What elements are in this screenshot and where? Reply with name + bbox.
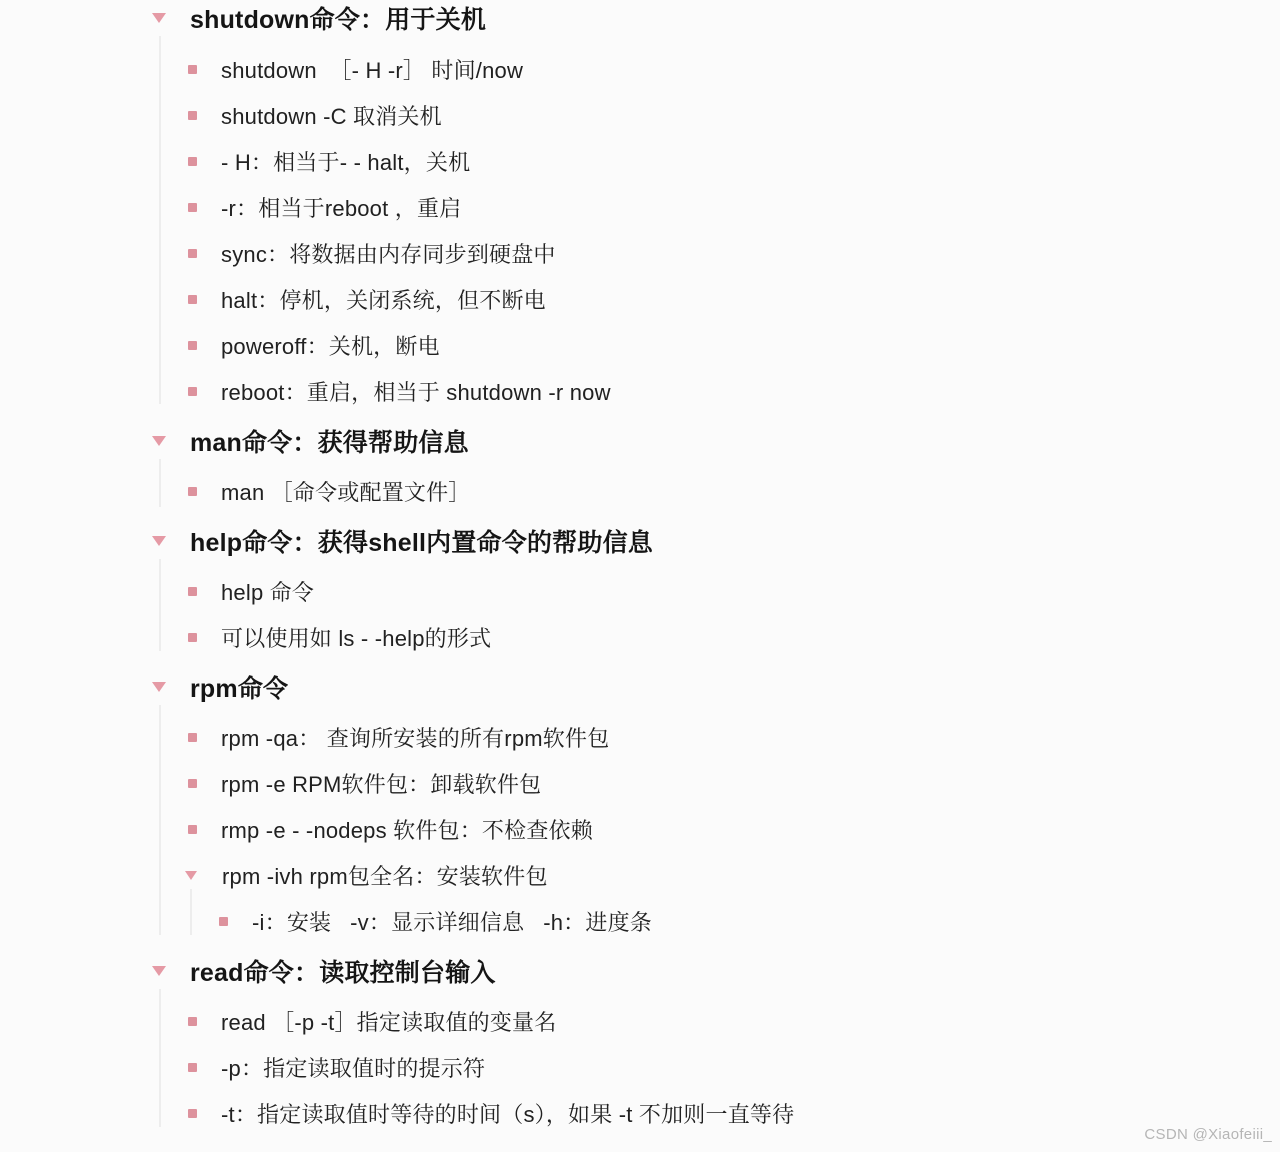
bullet-square-icon [188,1017,197,1026]
outline-item: halt：停机，关闭系统，但不断电 [188,281,546,317]
outline-item: rmp -e - -nodeps 软件包：不检查依赖 [188,811,593,847]
heading-label: read命令：读取控制台输入 [190,953,496,989]
item-label: - H：相当于- - halt，关机 [221,146,470,177]
outline-item: rpm -e RPM软件包：卸载软件包 [188,765,541,801]
tree-guide-line [159,459,161,507]
item-label: shutdown ［- H -r］ 时间/now [221,54,523,85]
item-label: rpm -ivh rpm包全名：安装软件包 [222,860,548,891]
item-label: sync：将数据由内存同步到硬盘中 [221,238,556,269]
outline-item: - H：相当于- - halt，关机 [188,143,470,179]
outline-item: poweroff：关机，断电 [188,327,440,363]
item-label: read ［-p -t］指定读取值的变量名 [221,1006,556,1037]
outline-item: -p：指定读取值时的提示符 [188,1049,485,1085]
item-label: help 命令 [221,576,314,607]
outline-item: read ［-p -t］指定读取值的变量名 [188,1003,556,1039]
outline-document: { "outline": { "sections": [ { "title": … [0,0,1280,1152]
bullet-square-icon [188,825,197,834]
outline-heading-read: read命令：读取控制台输入 [152,953,496,989]
collapse-triangle-icon[interactable] [152,682,166,692]
bullet-square-icon [188,487,197,496]
collapse-triangle-icon[interactable] [185,871,197,880]
bullet-square-icon [188,203,197,212]
heading-label: man命令：获得帮助信息 [190,423,469,459]
bullet-square-icon [188,1063,197,1072]
bullet-square-icon [188,1109,197,1118]
bullet-square-icon [188,111,197,120]
outline-heading-man: man命令：获得帮助信息 [152,423,469,459]
tree-guide-line [190,889,192,935]
item-label: rpm -qa： 查询所安装的所有rpm软件包 [221,722,609,753]
bullet-square-icon [188,733,197,742]
tree-guide-line [159,559,161,651]
outline-item: shutdown -C 取消关机 [188,97,442,133]
bullet-square-icon [188,65,197,74]
heading-label: shutdown命令：用于关机 [190,0,486,36]
item-label: rmp -e - -nodeps 软件包：不检查依赖 [221,814,593,845]
heading-label: help命令：获得shell内置命令的帮助信息 [190,523,653,559]
outline-item-expandable: rpm -ivh rpm包全名：安装软件包 [185,857,548,893]
outline-item: help 命令 [188,573,314,609]
item-label: reboot：重启，相当于 shutdown -r now [221,376,611,407]
bullet-square-icon [188,387,197,396]
item-label: halt：停机，关闭系统，但不断电 [221,284,546,315]
item-label: -p：指定读取值时的提示符 [221,1052,485,1083]
outline-item: reboot：重启，相当于 shutdown -r now [188,373,611,409]
tree-guide-line [159,705,161,935]
heading-label: rpm命令 [190,669,288,705]
item-label: poweroff：关机，断电 [221,330,440,361]
bullet-square-icon [188,295,197,304]
outline-heading-help: help命令：获得shell内置命令的帮助信息 [152,523,653,559]
collapse-triangle-icon[interactable] [152,436,166,446]
outline-item: -r：相当于reboot ，重启 [188,189,461,225]
item-label: -r：相当于reboot ，重启 [221,192,461,223]
outline-item: sync：将数据由内存同步到硬盘中 [188,235,556,271]
bullet-square-icon [188,341,197,350]
outline-heading-shutdown: shutdown命令：用于关机 [152,0,486,36]
bullet-square-icon [188,587,197,596]
tree-guide-line [159,989,161,1127]
item-label: rpm -e RPM软件包：卸载软件包 [221,768,541,799]
collapse-triangle-icon[interactable] [152,13,166,23]
collapse-triangle-icon[interactable] [152,536,166,546]
item-label: 可以使用如 ls - -help的形式 [221,622,491,653]
tree-guide-line [159,36,161,404]
outline-heading-rpm: rpm命令 [152,669,288,705]
bullet-square-icon [188,779,197,788]
collapse-triangle-icon[interactable] [152,966,166,976]
outline-item: rpm -qa： 查询所安装的所有rpm软件包 [188,719,609,755]
bullet-square-icon [219,917,228,926]
outline-subitem: -i：安装 -v：显示详细信息 -h：进度条 [219,903,652,939]
item-label: -t：指定读取值时等待的时间（s），如果 -t 不加则一直等待 [221,1098,794,1129]
bullet-square-icon [188,249,197,258]
item-label: shutdown -C 取消关机 [221,100,442,131]
bullet-square-icon [188,157,197,166]
item-label: man ［命令或配置文件］ [221,476,471,507]
outline-item: shutdown ［- H -r］ 时间/now [188,51,523,87]
bullet-square-icon [188,633,197,642]
csdn-watermark: CSDN @Xiaofeiii_ [1144,1126,1272,1143]
outline-item: -t：指定读取值时等待的时间（s），如果 -t 不加则一直等待 [188,1095,794,1131]
outline-item: man ［命令或配置文件］ [188,473,471,509]
outline-item: 可以使用如 ls - -help的形式 [188,619,491,655]
item-label: -i：安装 -v：显示详细信息 -h：进度条 [252,906,652,937]
